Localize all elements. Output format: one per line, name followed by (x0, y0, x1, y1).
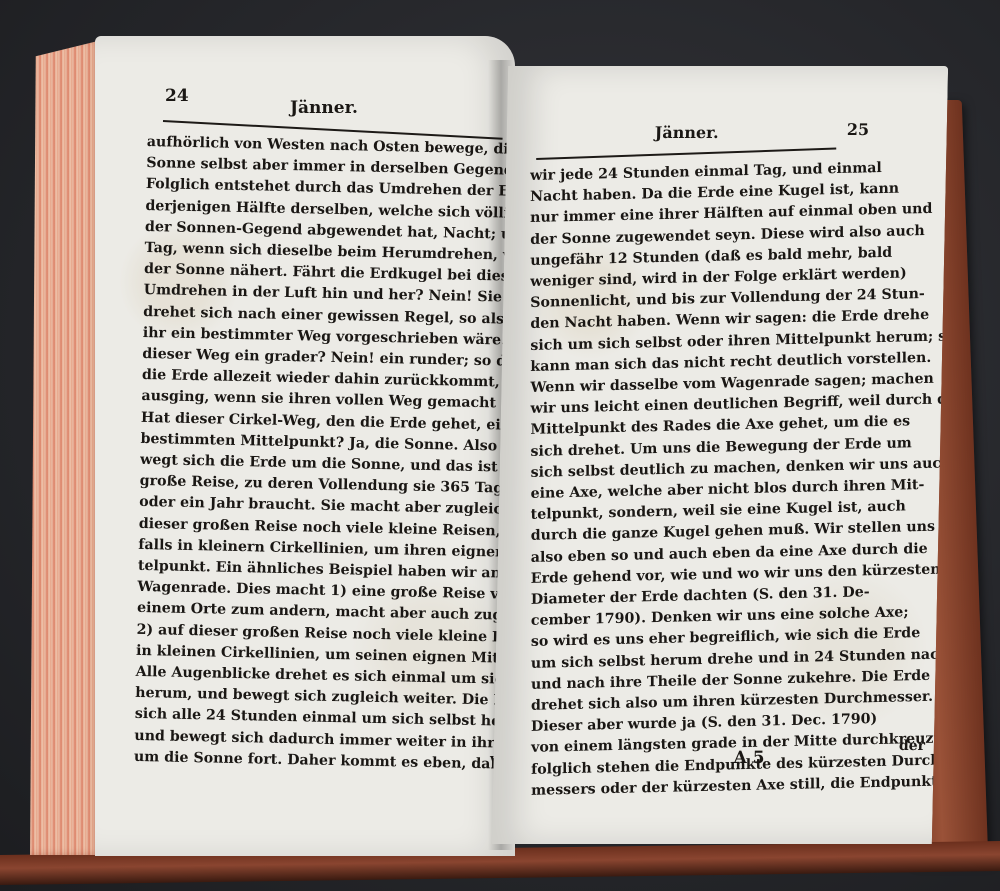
right-page: Jänner. 25 wir jede 24 Stunden einmal Ta… (492, 66, 948, 844)
running-head-left: Jänner. (290, 98, 358, 118)
signature-mark: A 5 (733, 748, 764, 768)
red-sprinkled-page-edges (30, 40, 102, 855)
right-page-text: wir jede 24 Stunden einmal Tag, und einm… (530, 156, 948, 802)
page-number-left: 24 (165, 86, 189, 106)
page-number-right: 25 (847, 120, 870, 139)
catchword-right: der (899, 738, 925, 754)
left-page-text: aufhörlich von Westen nach Osten bewege,… (134, 132, 515, 777)
header-rule-right (536, 148, 836, 160)
running-head-right: Jänner. (655, 123, 719, 142)
left-page: 24 Jänner. aufhörlich von Westen nach Os… (95, 36, 515, 856)
